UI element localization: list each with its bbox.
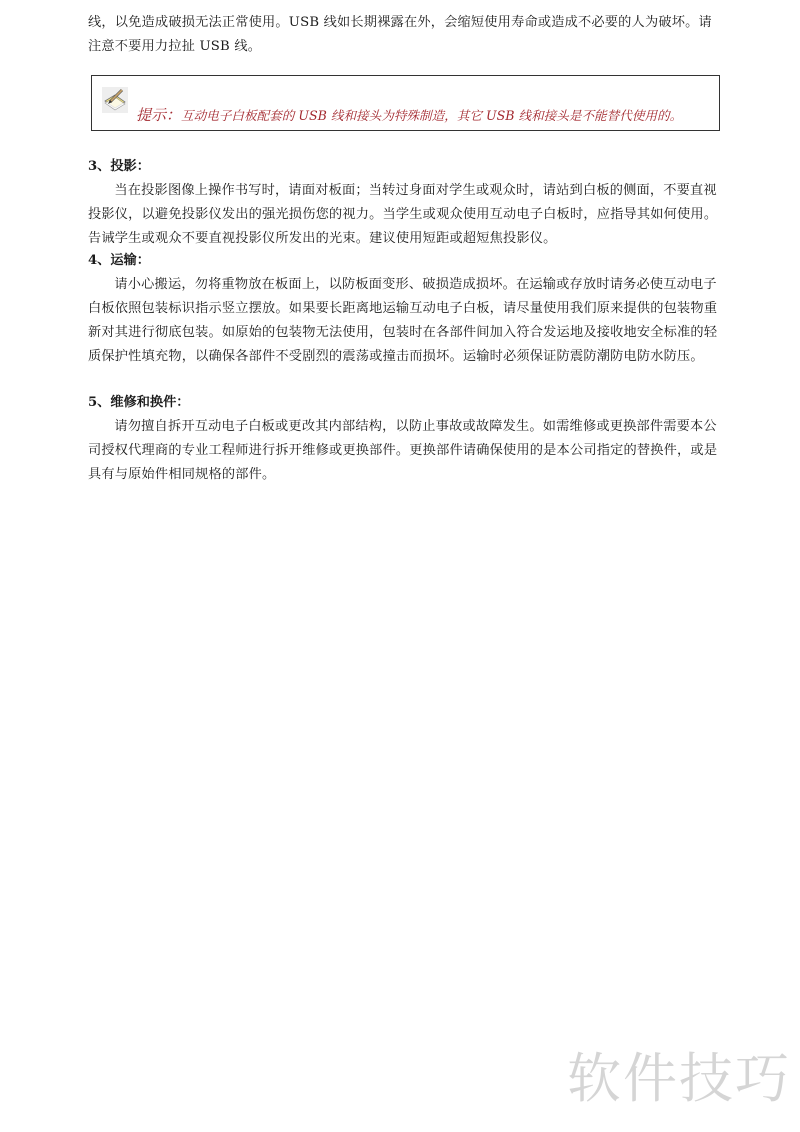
watermark: 软件技巧 (567, 1036, 791, 1113)
pencil-note-icon (102, 87, 128, 113)
section-body: 请小心搬运，勿将重物放在板面上，以防板面变形、破损造成损坏。在运输或存放时请务必… (88, 273, 724, 369)
section-transport: 4、运输： 请小心搬运，勿将重物放在板面上，以防板面变形、破损造成损坏。在运输或… (88, 249, 724, 369)
section-body: 当在投影图像上操作书写时，请面对板面；当转过身面对学生或观众时，请站到白板的侧面… (88, 179, 724, 251)
tip-label: 提示： (136, 106, 181, 124)
section-heading: 4、运输： (88, 249, 724, 273)
section-projection: 3、投影： 当在投影图像上操作书写时，请面对板面；当转过身面对学生或观众时，请站… (88, 155, 724, 251)
tip-text: 提示：互动电子白板配套的 USB 线和接头为特殊制造，其它 USB 线和接头是不… (136, 104, 682, 125)
section-heading: 5、维修和换件： (88, 391, 724, 415)
section-body: 请勿擅自拆开互动电子白板或更改其内部结构，以防止事故或故障发生。如需维修或更换部… (88, 415, 724, 487)
intro-paragraph: 线，以免造成破损无法正常使用。USB 线如长期裸露在外，会缩短使用寿命或造成不必… (88, 11, 724, 59)
tip-content: 互动电子白板配套的 USB 线和接头为特殊制造，其它 USB 线和接头是不能替代… (181, 108, 682, 123)
section-heading: 3、投影： (88, 155, 724, 179)
section-repair: 5、维修和换件： 请勿擅自拆开互动电子白板或更改其内部结构，以防止事故或故障发生… (88, 391, 724, 487)
tip-box: 提示：互动电子白板配套的 USB 线和接头为特殊制造，其它 USB 线和接头是不… (91, 75, 720, 131)
